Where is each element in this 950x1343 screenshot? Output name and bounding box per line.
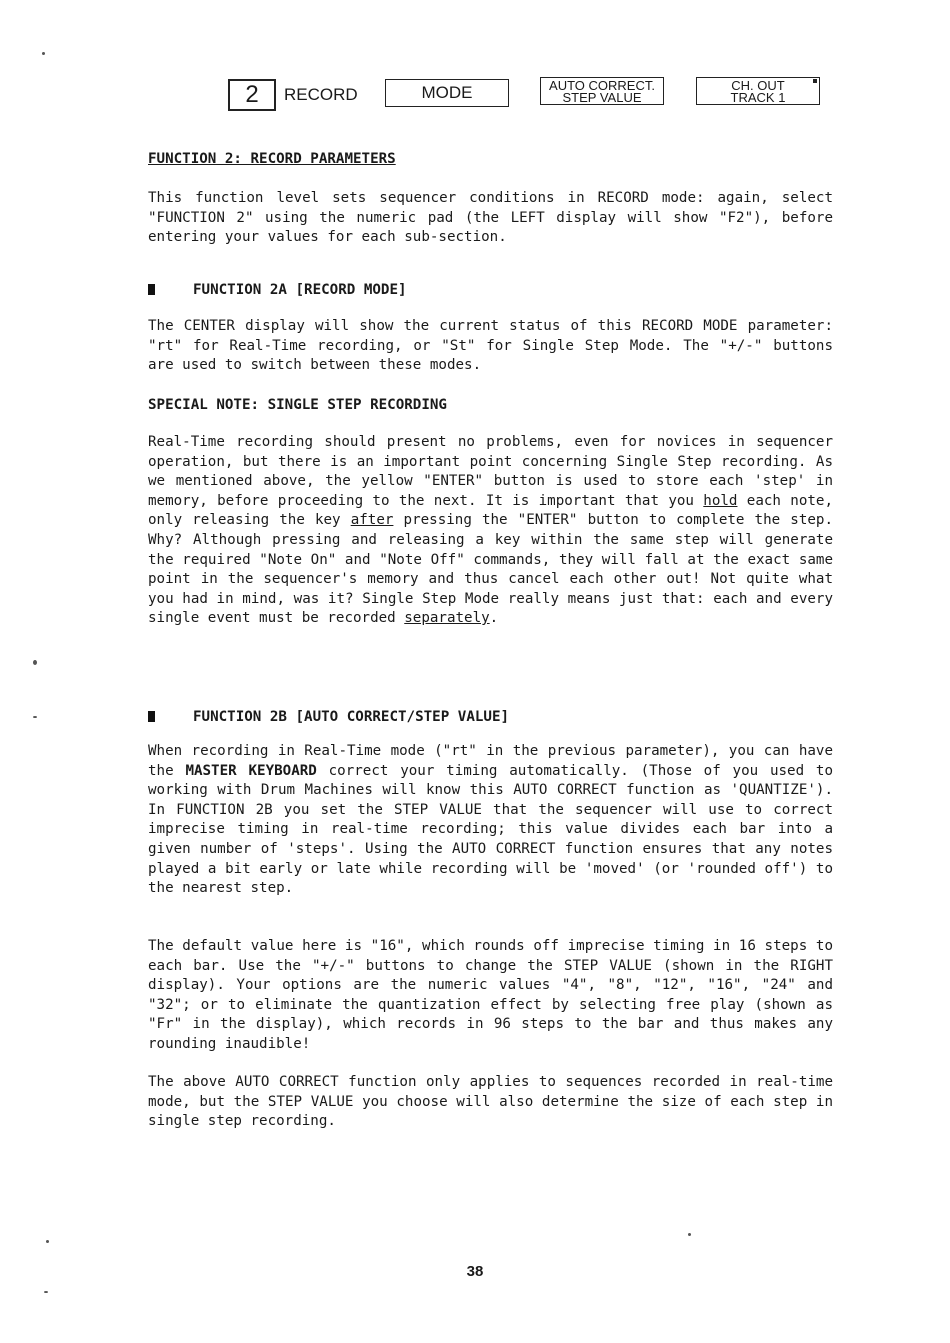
special-note-end: .	[490, 610, 499, 626]
section-2b-paragraph-2: The default value here is "16", which ro…	[148, 937, 833, 1055]
para1-text-b: correct your timing automatically. (Thos…	[148, 763, 833, 897]
scan-speck	[42, 52, 45, 55]
master-keyboard-term: MASTER KEYBOARD	[185, 763, 316, 779]
emphasis-hold: hold	[703, 493, 737, 509]
scan-speck	[688, 1233, 691, 1236]
auto-correct-display: AUTO CORRECT. STEP VALUE	[540, 77, 664, 105]
page-number: 38	[0, 1263, 950, 1280]
function-number-display: 2	[228, 79, 276, 111]
section-2a-body: The CENTER display will show the current…	[148, 317, 833, 376]
emphasis-separately: separately	[404, 610, 489, 626]
scan-speck	[33, 716, 37, 718]
scan-speck	[33, 660, 37, 665]
ch-out-line2: TRACK 1	[697, 92, 819, 104]
special-note-body: Real-Time recording should present no pr…	[148, 433, 833, 629]
page-title: FUNCTION 2: RECORD PARAMETERS	[148, 150, 833, 170]
bullet-icon	[148, 284, 155, 295]
scan-speck	[46, 1240, 49, 1243]
mode-display: MODE	[385, 79, 509, 107]
section-2a-heading: FUNCTION 2A [RECORD MODE]	[148, 281, 833, 301]
section-2b-heading-text: FUNCTION 2B [AUTO CORRECT/STEP VALUE]	[193, 709, 509, 725]
function-label: RECORD	[284, 85, 358, 105]
emphasis-after: after	[351, 512, 394, 528]
section-2a-heading-text: FUNCTION 2A [RECORD MODE]	[193, 282, 407, 298]
section-2b-paragraph-3: The above AUTO CORRECT function only app…	[148, 1073, 833, 1132]
auto-correct-line2: STEP VALUE	[541, 92, 663, 104]
scan-speck	[44, 1291, 48, 1293]
indicator-dot-icon	[813, 79, 817, 83]
intro-paragraph: This function level sets sequencer condi…	[148, 189, 833, 248]
channel-out-display: CH. OUT TRACK 1	[696, 77, 820, 105]
section-2b-paragraph-1: When recording in Real-Time mode ("rt" i…	[148, 742, 833, 899]
section-2b-heading: FUNCTION 2B [AUTO CORRECT/STEP VALUE]	[148, 708, 833, 728]
special-note-heading: SPECIAL NOTE: SINGLE STEP RECORDING	[148, 396, 833, 416]
bullet-icon	[148, 711, 155, 722]
